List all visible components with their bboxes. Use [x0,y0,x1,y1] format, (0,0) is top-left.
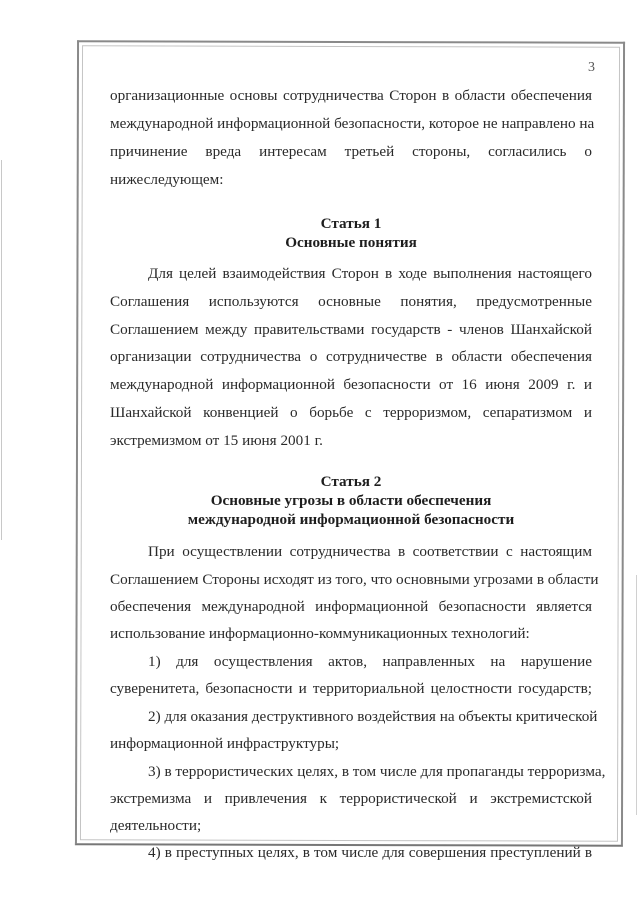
article-1-line-4: организации сотрудничества о сотрудничес… [110,347,592,367]
article-2-title: Статья 2 [110,472,592,492]
article-2-item-2: 2) для оказания деструктивного воздейств… [148,707,592,727]
article-2-line-1: При осуществлении сотрудничества в соотв… [148,542,592,562]
article-1-title: Статья 1 [110,214,592,234]
intro-line-4: нижеследующем: [110,170,592,190]
article-1-line-5: международной информационной безопасност… [110,375,592,395]
scan-artifact-right [636,575,637,815]
article-1-line-7: экстремизмом от 15 июня 2001 г. [110,431,592,451]
article-2-item-3: 3) в террористических целях, в том числе… [148,762,592,782]
article-2-line-2: Соглашением Стороны исходят из того, что… [110,570,592,590]
article-1-line-6: Шанхайской конвенцией о борьбе с террори… [110,403,592,423]
article-2-subtitle-line-2: международной информационной безопасност… [110,510,592,530]
intro-line-1: организационные основы сотрудничества Ст… [110,86,592,106]
article-2-line-8: информационной инфраструктуры; [110,734,592,754]
page-number: 3 [588,60,595,76]
scan-artifact-left [1,160,2,540]
article-1-line-2: Соглашения используются основные понятия… [110,292,592,312]
intro-line-2: международной информационной безопасност… [110,114,592,134]
article-2-line-11: деятельности; [110,816,592,836]
intro-line-3: причинение вреда интересам третьей сторо… [110,142,592,162]
article-2-item-4: 4) в преступных целях, в том числе для с… [148,843,592,863]
article-2-item-1: 1) для осуществления актов, направленных… [148,652,592,672]
article-2-subtitle-line-1: Основные угрозы в области обеспечения [110,491,592,511]
article-2-line-4: использование информационно-коммуникацио… [110,624,592,644]
article-1-subtitle: Основные понятия [110,233,592,253]
article-2-line-6: суверенитета, безопасности и территориал… [110,679,592,699]
article-2-line-10: экстремизма и привлечения к террористиче… [110,789,592,809]
article-1-line-3: Соглашением между правительствами госуда… [110,320,592,340]
article-1-line-1: Для целей взаимодействия Сторон в ходе в… [148,264,592,284]
article-2-line-3: обеспечения международной информационной… [110,597,592,617]
